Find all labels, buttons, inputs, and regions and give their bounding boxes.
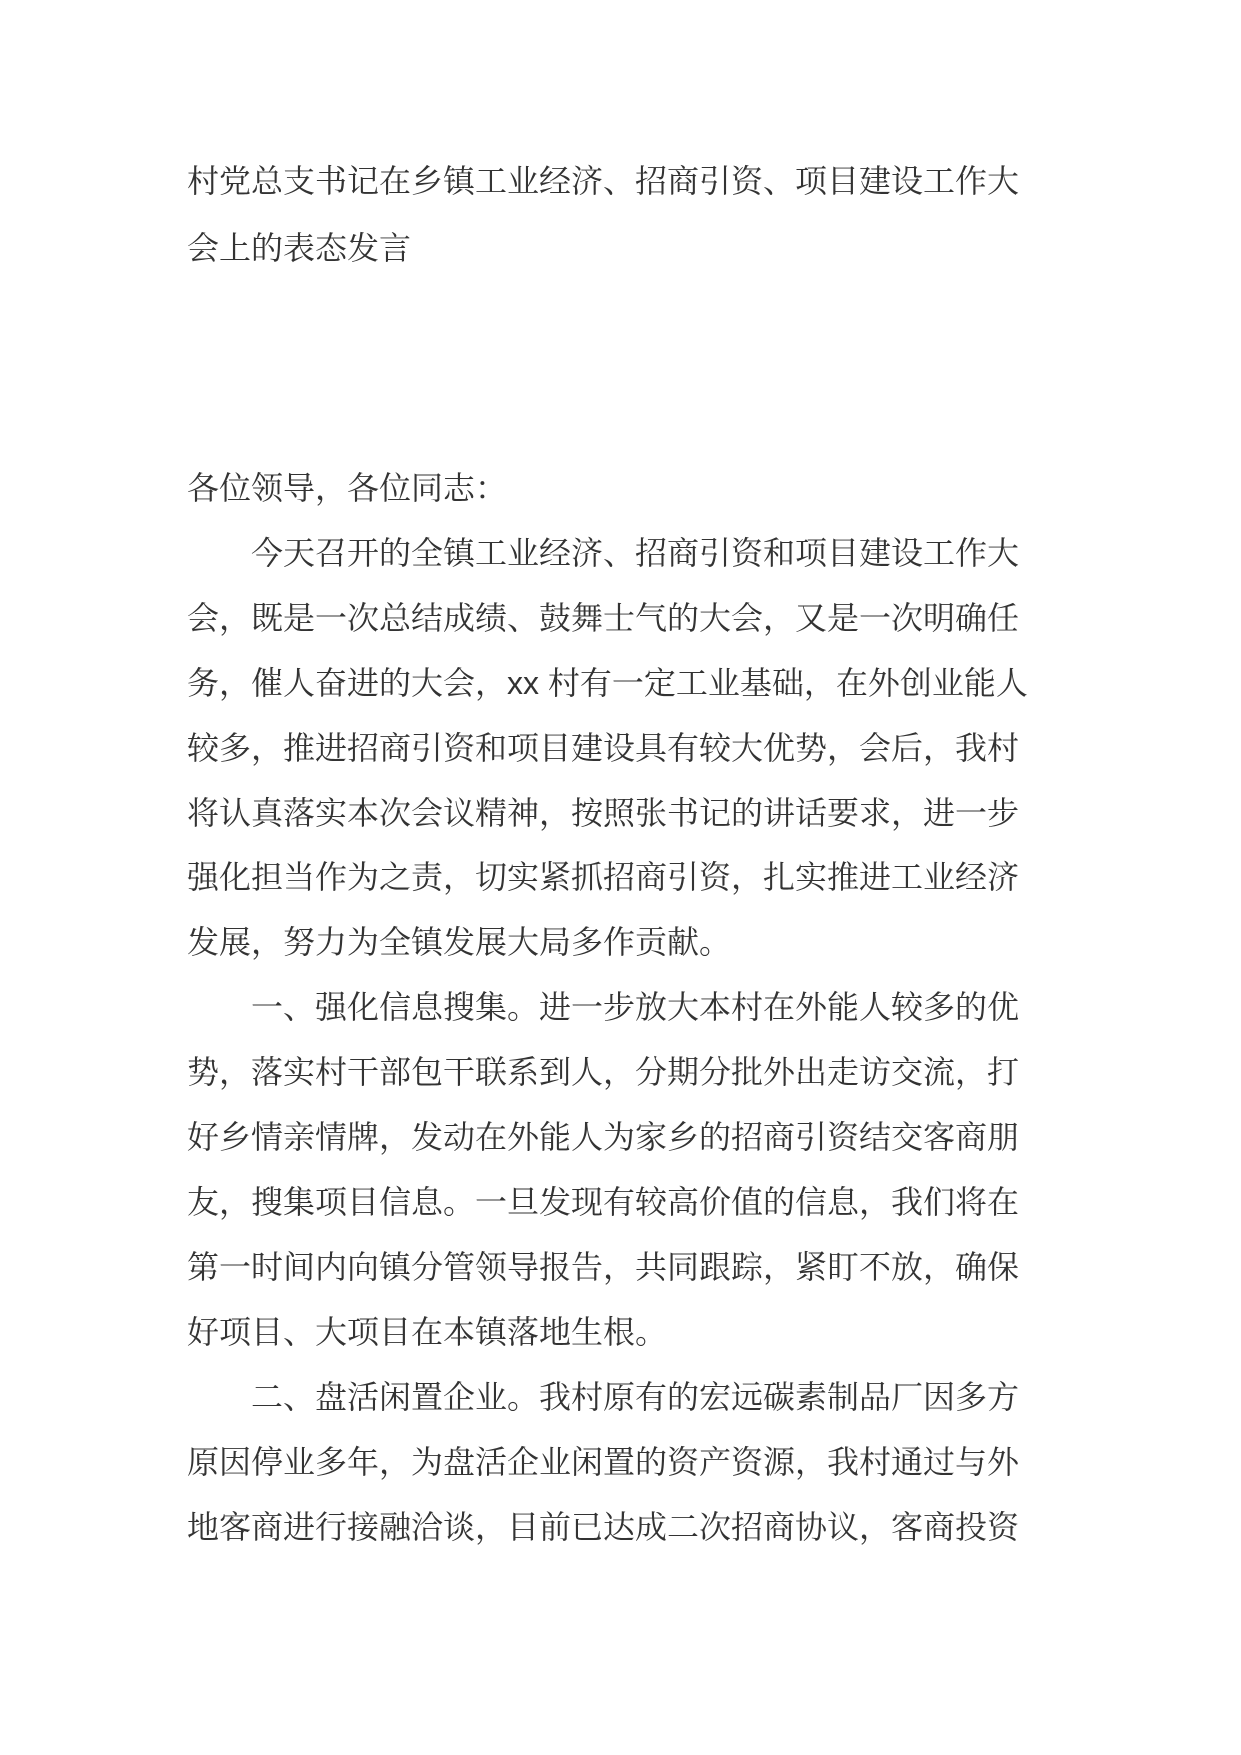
- body-line: 好项目、大项目在本镇落地生根。: [187, 1300, 1067, 1365]
- document-title: 村党总支书记在乡镇工业经济、招商引资、项目建设工作大 会上的表态发言: [187, 148, 1067, 282]
- document-page: 村党总支书记在乡镇工业经济、招商引资、项目建设工作大 会上的表态发言 各位领导，…: [0, 0, 1241, 1755]
- body-line-salutation: 各位领导，各位同志：: [187, 456, 1067, 521]
- body-line: 友，搜集项目信息。一旦发现有较高价值的信息，我们将在: [187, 1170, 1067, 1235]
- body-line: 强化担当作为之责，切实紧抓招商引资，扎实推进工业经济: [187, 845, 1067, 910]
- body-line: 较多，推进招商引资和项目建设具有较大优势，会后，我村: [187, 716, 1067, 781]
- body-line-section-2: 二、盘活闲置企业。我村原有的宏远碳素制品厂因多方: [187, 1365, 1067, 1430]
- body-line: 将认真落实本次会议精神，按照张书记的讲话要求，进一步: [187, 781, 1067, 846]
- title-line: 村党总支书记在乡镇工业经济、招商引资、项目建设工作大: [187, 148, 1067, 215]
- body-line: 会，既是一次总结成绩、鼓舞士气的大会，又是一次明确任: [187, 586, 1067, 651]
- body-line: 势，落实村干部包干联系到人，分期分批外出走访交流，打: [187, 1040, 1067, 1105]
- body-line-section-1: 一、强化信息搜集。进一步放大本村在外能人较多的优: [187, 975, 1067, 1040]
- body-line: 原因停业多年，为盘活企业闲置的资产资源，我村通过与外: [187, 1430, 1067, 1495]
- body-line: 务，催人奋进的大会，xx 村有一定工业基础，在外创业能人: [187, 651, 1067, 716]
- body-line: 地客商进行接融洽谈，目前已达成二次招商协议，客商投资: [187, 1495, 1067, 1560]
- body-line: 发展，努力为全镇发展大局多作贡献。: [187, 910, 1067, 975]
- body-line: 第一时间内向镇分管领导报告，共同跟踪，紧盯不放，确保: [187, 1235, 1067, 1300]
- body-line: 好乡情亲情牌，发动在外能人为家乡的招商引资结交客商朋: [187, 1105, 1067, 1170]
- title-line: 会上的表态发言: [187, 215, 1067, 282]
- document-body: 各位领导，各位同志： 今天召开的全镇工业经济、招商引资和项目建设工作大 会，既是…: [187, 456, 1067, 1559]
- body-line: 今天召开的全镇工业经济、招商引资和项目建设工作大: [187, 521, 1067, 586]
